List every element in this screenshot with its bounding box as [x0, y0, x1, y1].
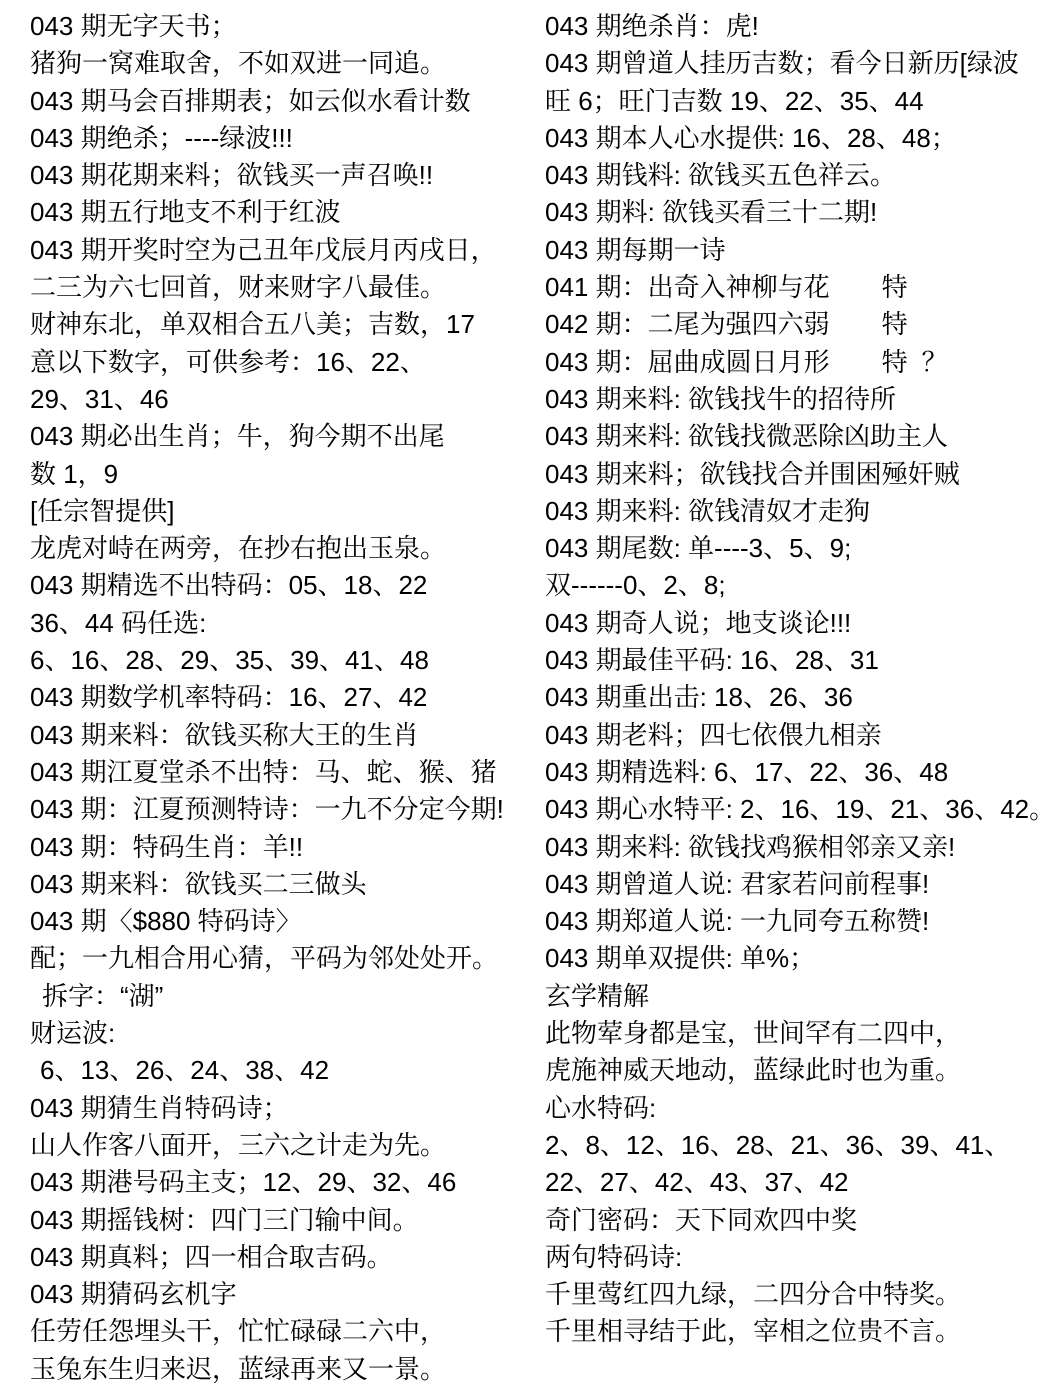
line-text: 043 期最佳平码: 16、28、31 — [545, 645, 879, 675]
text-line: 2、8、12、16、28、21、36、39、41、 — [545, 1127, 1037, 1164]
line-text: 22、27、42、43、37、42 — [545, 1167, 849, 1197]
text-line: 043 期单双提供: 单%； — [545, 940, 1037, 977]
line-text: 043 期来料: 欲钱找鸡猴相邻亲又亲! — [545, 832, 955, 862]
text-line: 财神东北，单双相合五八美；吉数，17 — [30, 306, 535, 343]
line-text: 043 期来料: 欲钱清奴才走狗 — [545, 496, 870, 526]
line-text: 043 期精选不出特码：05、18、22 — [30, 570, 427, 600]
line-text: 043 期： — [545, 347, 648, 377]
text-line: 043 期来料：欲钱买称大王的生肖 — [30, 717, 535, 754]
text-line: 043 期郑道人说: 一九同夸五称赞! — [545, 903, 1037, 940]
text-line: 043 期必出生肖；牛，狗今期不出尾 — [30, 418, 535, 455]
lottery-tips-page: 043 期无字天书；猪狗一窝难取舍，不如双进一同追。043 期马会百排期表；如云… — [0, 0, 1041, 1388]
text-line: 22、27、42、43、37、42 — [545, 1164, 1037, 1201]
text-line: 29、31、46 — [30, 381, 535, 418]
line-text: 043 期料: 欲钱买看三十二期! — [545, 197, 877, 227]
line-text: 043 期〈$880 特码诗〉 — [30, 906, 302, 936]
text-line: 旺 6；旺门吉数 19、22、35、44 — [545, 83, 1037, 120]
text-line: 043 期料: 欲钱买看三十二期! — [545, 194, 1037, 231]
line-text: 043 期必出生肖；牛，狗今期不出尾 — [30, 421, 445, 451]
line-text: 043 期数学机率特码：16、27、42 — [30, 682, 427, 712]
text-line: 043 期精选不出特码：05、18、22 — [30, 567, 535, 604]
line-text: 043 期精选料: 6、17、22、36、48 — [545, 757, 948, 787]
line-text: 043 期重出击: 18、26、36 — [545, 682, 853, 712]
poem-text: 屈曲成圆日月形 — [648, 348, 830, 377]
text-line: 043 期曾道人说: 君家若问前程事! — [545, 866, 1037, 903]
text-line: 龙虎对峙在两旁，在抄右抱出玉泉。 — [30, 530, 535, 567]
text-line: 043 期最佳平码: 16、28、31 — [545, 642, 1037, 679]
line-text: 043 期：特码生肖：羊!! — [30, 832, 303, 862]
text-line: 猪狗一窝难取舍，不如双进一同追。 — [30, 45, 535, 82]
line-text: 玉兔东生归来迟，蓝绿再来又一景。 — [30, 1354, 446, 1384]
line-text: 043 期奇人说；地支谈论!!! — [545, 608, 851, 638]
text-line: [任宗智提供] — [30, 493, 535, 530]
poem-text: 二尾为强四六弱 — [648, 310, 830, 339]
text-line: 玉兔东生归来迟，蓝绿再来又一景。 — [30, 1351, 535, 1388]
text-line: 拆字：“湖” — [30, 978, 535, 1015]
text-line: 043 期无字天书； — [30, 8, 535, 45]
text-line: 043 期五行地支不利于红波 — [30, 194, 535, 231]
line-text: 043 期猜生肖特码诗； — [30, 1093, 289, 1123]
text-line: 043 期尾数: 单----3、5、9; — [545, 530, 1037, 567]
line-text: 玄学精解 — [545, 981, 649, 1011]
text-line: 043 期：江夏预测特诗：一九不分定今期! — [30, 791, 535, 828]
line-text: 心水特码: — [545, 1093, 656, 1123]
line-text: 此物荤身都是宝，世间罕有二四中， — [545, 1018, 961, 1048]
line-text: 043 期绝杀；----绿波!!! — [30, 123, 293, 153]
text-line: 心水特码: — [545, 1090, 1037, 1127]
text-line: 043 期江夏堂杀不出特：马、蛇、猴、猪 — [30, 754, 535, 791]
text-line: 043 期真料；四一相合取吉码。 — [30, 1239, 535, 1276]
line-text: 043 期来料: 欲钱找微恶除凶助主人 — [545, 421, 948, 451]
line-text: 两句特码诗: — [545, 1242, 682, 1272]
line-text: 财神东北，单双相合五八美；吉数，17 — [30, 309, 475, 339]
text-line: 043 期来料: 欲钱找微恶除凶助主人 — [545, 418, 1037, 455]
text-line: 虎施神威天地动，蓝绿此时也为重。 — [545, 1052, 1037, 1089]
line-text: 043 期老料；四七依偎九相亲 — [545, 720, 882, 750]
line-text: 双------0、2、8; — [545, 570, 726, 600]
text-line: 043 期猜码玄机字 — [30, 1276, 535, 1313]
text-line: 043 期摇钱树：四门三门输中间。 — [30, 1202, 535, 1239]
text-line: 数 1，9 — [30, 456, 535, 493]
text-line: 043 期来料: 欲钱找鸡猴相邻亲又亲! — [545, 829, 1037, 866]
line-text: 奇门密码：天下同欢四中奖 — [545, 1205, 857, 1235]
text-line: 042 期：二尾为强四六弱特 — [545, 306, 1037, 343]
text-line: 043 期奇人说；地支谈论!!! — [545, 605, 1037, 642]
line-text: 043 期本人心水提供: 16、28、48； — [545, 123, 957, 153]
text-line: 043 期港号码主支；12、29、32、46 — [30, 1164, 535, 1201]
line-text: 043 期五行地支不利于红波 — [30, 197, 341, 227]
line-text: 043 期来料：欲钱买称大王的生肖 — [30, 720, 419, 750]
line-text: 043 期郑道人说: 一九同夸五称赞! — [545, 906, 929, 936]
text-line: 36、44 码任选: — [30, 605, 535, 642]
line-text: 043 期每期一诗 — [545, 235, 726, 265]
line-text: 043 期来料：欲钱买二三做头 — [30, 869, 367, 899]
line-text: 043 期江夏堂杀不出特：马、蛇、猴、猪 — [30, 757, 497, 787]
line-text: 043 期：江夏预测特诗：一九不分定今期! — [30, 794, 504, 824]
line-text: 拆字：“湖” — [42, 981, 163, 1011]
text-line: 043 期本人心水提供: 16、28、48； — [545, 120, 1037, 157]
line-text: 043 期花期来料；欲钱买一声召唤!! — [30, 160, 433, 190]
line-text: 山人作客八面开，三六之计走为先。 — [30, 1130, 446, 1160]
line-text: 043 期开奖时空为己丑年戊辰月丙戌日， — [30, 235, 497, 265]
text-line: 6、16、28、29、35、39、41、48 — [30, 642, 535, 679]
line-text: 千里莺红四九绿，二四分合中特奖。 — [545, 1279, 961, 1309]
poem-text: ？ — [908, 348, 948, 377]
text-line: 043 期数学机率特码：16、27、42 — [30, 679, 535, 716]
line-text: 旺 6；旺门吉数 19、22、35、44 — [545, 86, 924, 116]
line-text: 配；一九相合用心猜，平码为邻处处开。 — [30, 943, 498, 973]
text-line: 043 期心水特平: 2、16、19、21、36、42。 — [545, 791, 1037, 828]
text-line: 043 期〈$880 特码诗〉 — [30, 903, 535, 940]
text-line: 043 期老料；四七依偎九相亲 — [545, 717, 1037, 754]
line-text: 042 期： — [545, 309, 648, 339]
text-line: 043 期马会百排期表；如云似水看计数 — [30, 83, 535, 120]
line-text: 财运波: — [30, 1018, 115, 1048]
line-text: 6、16、28、29、35、39、41、48 — [30, 645, 429, 675]
poem-text: 特 — [830, 348, 908, 377]
text-line: 财运波: — [30, 1015, 535, 1052]
text-line: 043 期绝杀；----绿波!!! — [30, 120, 535, 157]
line-text: 043 期无字天书； — [30, 11, 237, 41]
line-text: 043 期曾道人说: 君家若问前程事! — [545, 869, 929, 899]
line-text: 043 期来料；欲钱找合并围困殛奸贼 — [545, 459, 960, 489]
text-line: 千里相寻结于此，宰相之位贵不言。 — [545, 1313, 1037, 1350]
text-line: 043 期开奖时空为己丑年戊辰月丙戌日， — [30, 232, 535, 269]
line-text: 29、31、46 — [30, 384, 169, 414]
text-line: 意以下数字，可供参考：16、22、 — [30, 344, 535, 381]
line-text: 任劳任怨埋头干，忙忙碌碌二六中， — [30, 1316, 446, 1346]
text-line: 043 期花期来料；欲钱买一声召唤!! — [30, 157, 535, 194]
text-line: 043 期钱料: 欲钱买五色祥云。 — [545, 157, 1037, 194]
text-line: 043 期精选料: 6、17、22、36、48 — [545, 754, 1037, 791]
line-text: 043 期单双提供: 单%； — [545, 943, 815, 973]
line-text: 043 期摇钱树：四门三门输中间。 — [30, 1205, 419, 1235]
text-line: 配；一九相合用心猜，平码为邻处处开。 — [30, 940, 535, 977]
line-text: 043 期真料；四一相合取吉码。 — [30, 1242, 393, 1272]
line-text: 043 期心水特平: 2、16、19、21、36、42。 — [545, 794, 1041, 824]
right-column: 043 期绝杀肖：虎!043 期曾道人挂历吉数；看今日新历[绿波旺 6；旺门吉数… — [545, 8, 1037, 1351]
line-text: 043 期钱料: 欲钱买五色祥云。 — [545, 160, 896, 190]
text-line: 043 期绝杀肖：虎! — [545, 8, 1037, 45]
line-text: 6、13、26、24、38、42 — [40, 1055, 329, 1085]
poem-text: 特 — [830, 273, 908, 302]
line-text: 041 期： — [545, 272, 648, 302]
text-line: 043 期：屈曲成圆日月形特？ — [545, 344, 1037, 381]
text-line: 二三为六七回首，财来财字八最佳。 — [30, 269, 535, 306]
line-text: [任宗智提供] — [30, 496, 174, 526]
text-line: 6、13、26、24、38、42 — [30, 1052, 535, 1089]
poem-text: 特 — [830, 310, 908, 339]
text-line: 双------0、2、8; — [545, 567, 1037, 604]
text-line: 043 期每期一诗 — [545, 232, 1037, 269]
line-text: 二三为六七回首，财来财字八最佳。 — [30, 272, 446, 302]
text-line: 043 期猜生肖特码诗； — [30, 1090, 535, 1127]
text-line: 奇门密码：天下同欢四中奖 — [545, 1202, 1037, 1239]
poem-text: 出奇入神柳与花 — [648, 273, 830, 302]
line-text: 043 期尾数: 单----3、5、9; — [545, 533, 851, 563]
text-line: 043 期来料: 欲钱找牛的招待所 — [545, 381, 1037, 418]
line-text: 043 期马会百排期表；如云似水看计数 — [30, 86, 471, 116]
text-line: 任劳任怨埋头干，忙忙碌碌二六中， — [30, 1313, 535, 1350]
left-column: 043 期无字天书；猪狗一窝难取舍，不如双进一同追。043 期马会百排期表；如云… — [30, 8, 535, 1388]
line-text: 043 期曾道人挂历吉数；看今日新历[绿波 — [545, 48, 1019, 78]
text-line: 043 期：特码生肖：羊!! — [30, 829, 535, 866]
text-line: 玄学精解 — [545, 978, 1037, 1015]
line-text: 043 期猜码玄机字 — [30, 1279, 237, 1309]
text-line: 043 期来料: 欲钱清奴才走狗 — [545, 493, 1037, 530]
text-line: 041 期：出奇入神柳与花特 — [545, 269, 1037, 306]
text-line: 043 期来料；欲钱找合并围困殛奸贼 — [545, 456, 1037, 493]
line-text: 043 期港号码主支；12、29、32、46 — [30, 1167, 456, 1197]
line-text: 龙虎对峙在两旁，在抄右抱出玉泉。 — [30, 533, 446, 563]
text-line: 两句特码诗: — [545, 1239, 1037, 1276]
text-line: 此物荤身都是宝，世间罕有二四中， — [545, 1015, 1037, 1052]
line-text: 2、8、12、16、28、21、36、39、41、 — [545, 1130, 1010, 1160]
line-text: 043 期来料: 欲钱找牛的招待所 — [545, 384, 896, 414]
text-line: 043 期重出击: 18、26、36 — [545, 679, 1037, 716]
line-text: 猪狗一窝难取舍，不如双进一同追。 — [30, 48, 446, 78]
text-line: 043 期曾道人挂历吉数；看今日新历[绿波 — [545, 45, 1037, 82]
line-text: 043 期绝杀肖：虎! — [545, 11, 759, 41]
line-text: 36、44 码任选: — [30, 608, 206, 638]
line-text: 意以下数字，可供参考：16、22、 — [30, 347, 426, 377]
text-line: 043 期来料：欲钱买二三做头 — [30, 866, 535, 903]
line-text: 数 1，9 — [30, 459, 118, 489]
text-line: 山人作客八面开，三六之计走为先。 — [30, 1127, 535, 1164]
line-text: 虎施神威天地动，蓝绿此时也为重。 — [545, 1055, 961, 1085]
text-line: 千里莺红四九绿，二四分合中特奖。 — [545, 1276, 1037, 1313]
line-text: 千里相寻结于此，宰相之位贵不言。 — [545, 1316, 961, 1346]
